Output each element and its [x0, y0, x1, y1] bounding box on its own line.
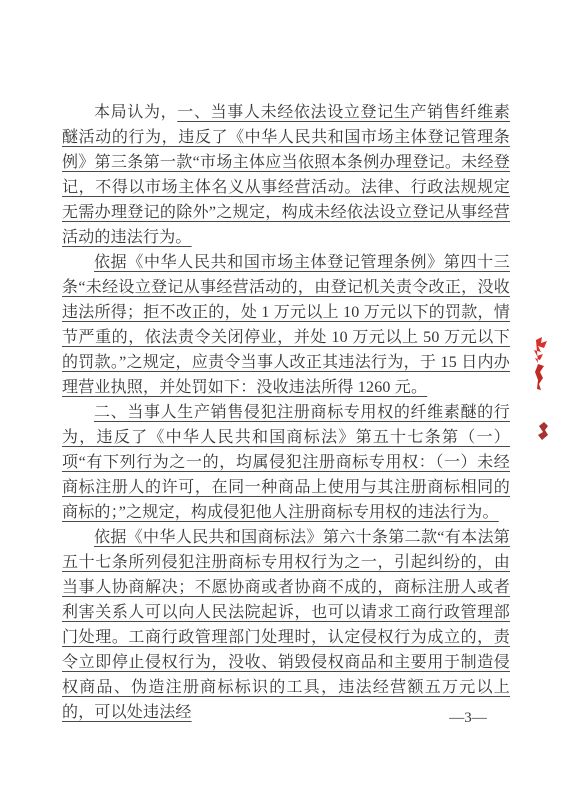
paragraph: 依据《中华人民共和国市场主体登记管理条例》第四十三条“未经设立登记从事经营活动的… — [62, 250, 510, 400]
underlined-text: 依据《中华人民共和国市场主体登记管理条例》第四十三条“未经设立登记从事经营活动的… — [62, 254, 510, 396]
paragraph: 依据《中华人民共和国商标法》第六十条第二款“有本法第五十七条所列侵犯注册商标专用… — [62, 525, 510, 725]
document-body: 本局认为，一、当事人未经依法设立登记生产销售纤维素醚活动的行为，违反了《中华人民… — [62, 100, 510, 725]
paragraph: 本局认为，一、当事人未经依法设立登记生产销售纤维素醚活动的行为，违反了《中华人民… — [62, 100, 510, 250]
paragraph: 二、当事人生产销售侵犯注册商标专用权的纤维素醚的行为，违反了《中华人民共和国商标… — [62, 400, 510, 525]
underlined-text: 二、当事人生产销售侵犯注册商标专用权的纤维素醚的行为，违反了《中华人民共和国商标… — [62, 404, 510, 521]
plain-text: 本局认为， — [94, 104, 177, 121]
document-page: 本局认为，一、当事人未经依法设立登记生产销售纤维素醚活动的行为，违反了《中华人民… — [0, 0, 566, 800]
underlined-text: 依据《中华人民共和国商标法》第六十条第二款“有本法第五十七条所列侵犯注册商标专用… — [62, 529, 510, 721]
red-seal-fragment-bottom-icon — [535, 420, 551, 444]
red-seal-fragment-top-icon — [527, 337, 551, 395]
underlined-text: 一、当事人未经依法设立登记生产销售纤维素醚活动的行为，违反了《中华人民共和国市场… — [62, 104, 510, 246]
page-number: —3— — [438, 710, 498, 727]
